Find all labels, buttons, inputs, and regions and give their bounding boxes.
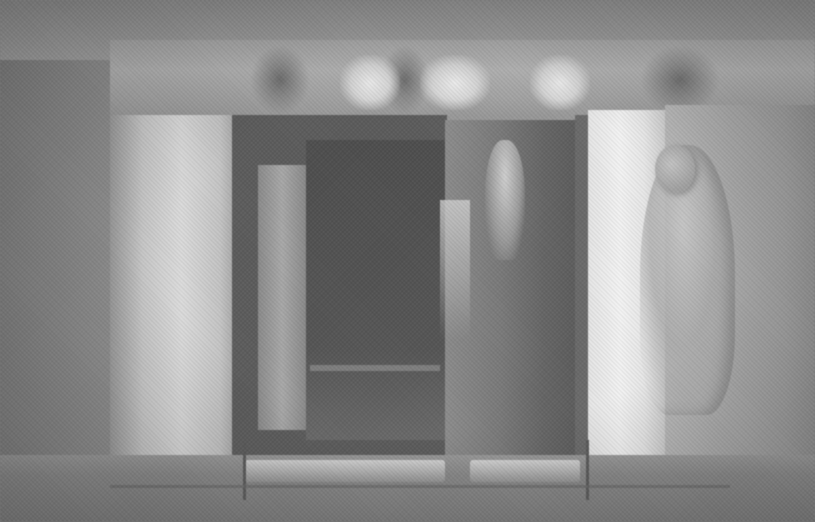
halftone-texture [0,0,815,522]
temple-facade-photo [0,0,815,522]
